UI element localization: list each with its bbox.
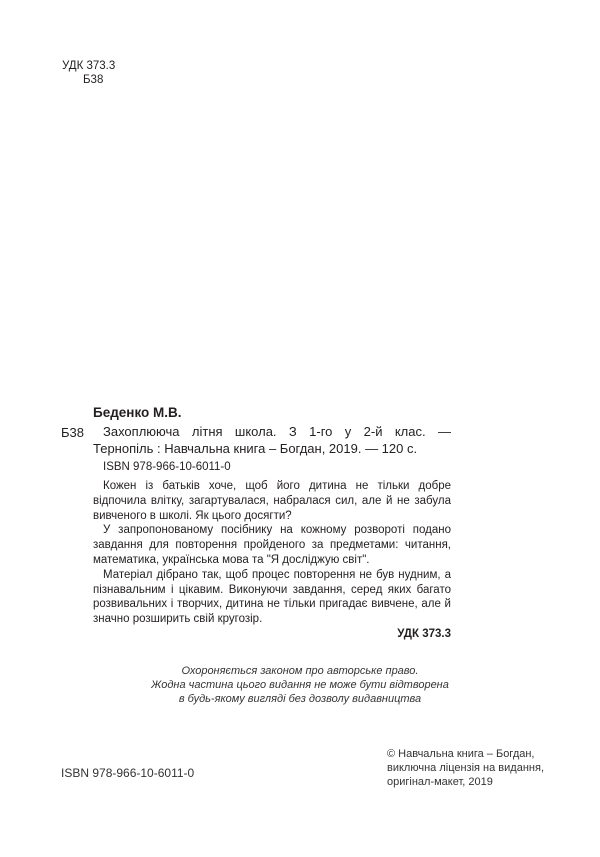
copyright-notice: Охороняється законом про авторське право… xyxy=(150,664,450,706)
copyright-line: в будь-якому вигляді без дозволу видавни… xyxy=(150,692,450,706)
udk-code: УДК 373.3 xyxy=(62,60,115,72)
author-name: Беденко М.В. xyxy=(93,405,182,420)
publisher-line: © Навчальна книга – Богдан, xyxy=(387,747,544,761)
annotation: Кожен із батьків хоче, щоб його дитина н… xyxy=(93,479,451,642)
book-title-line: Захоплююча літня школа. З 1-го у 2-й кла… xyxy=(93,423,451,440)
annotation-paragraph: У запропонованому посібнику на кожному р… xyxy=(93,523,451,567)
footer-isbn: ISBN 978-966-10-6011-0 xyxy=(61,766,194,780)
catalog-card: Захоплююча літня школа. З 1-го у 2-й кла… xyxy=(93,423,451,457)
udk-header: УДК 373.3 Б38 xyxy=(62,59,115,87)
publication-line: Тернопіль : Навчальна книга – Богдан, 20… xyxy=(93,440,451,457)
catalog-code: Б38 xyxy=(62,73,115,87)
card-isbn: ISBN 978-966-10-6011-0 xyxy=(103,461,231,473)
card-udk: УДК 373.3 xyxy=(93,627,451,642)
copyright-line: Охороняється законом про авторське право… xyxy=(150,664,450,678)
card-catalog-code: Б38 xyxy=(61,425,84,440)
publisher-line: виключна ліцензія на видання, xyxy=(387,761,544,775)
annotation-paragraph: Матеріал дібрано так, щоб процес повторе… xyxy=(93,568,451,627)
annotation-paragraph: Кожен із батьків хоче, щоб його дитина н… xyxy=(93,479,451,523)
publisher-info: © Навчальна книга – Богдан, виключна ліц… xyxy=(387,747,544,789)
publisher-line: оригінал-макет, 2019 xyxy=(387,775,544,789)
copyright-line: Жодна частина цього видання не може бути… xyxy=(150,678,450,692)
